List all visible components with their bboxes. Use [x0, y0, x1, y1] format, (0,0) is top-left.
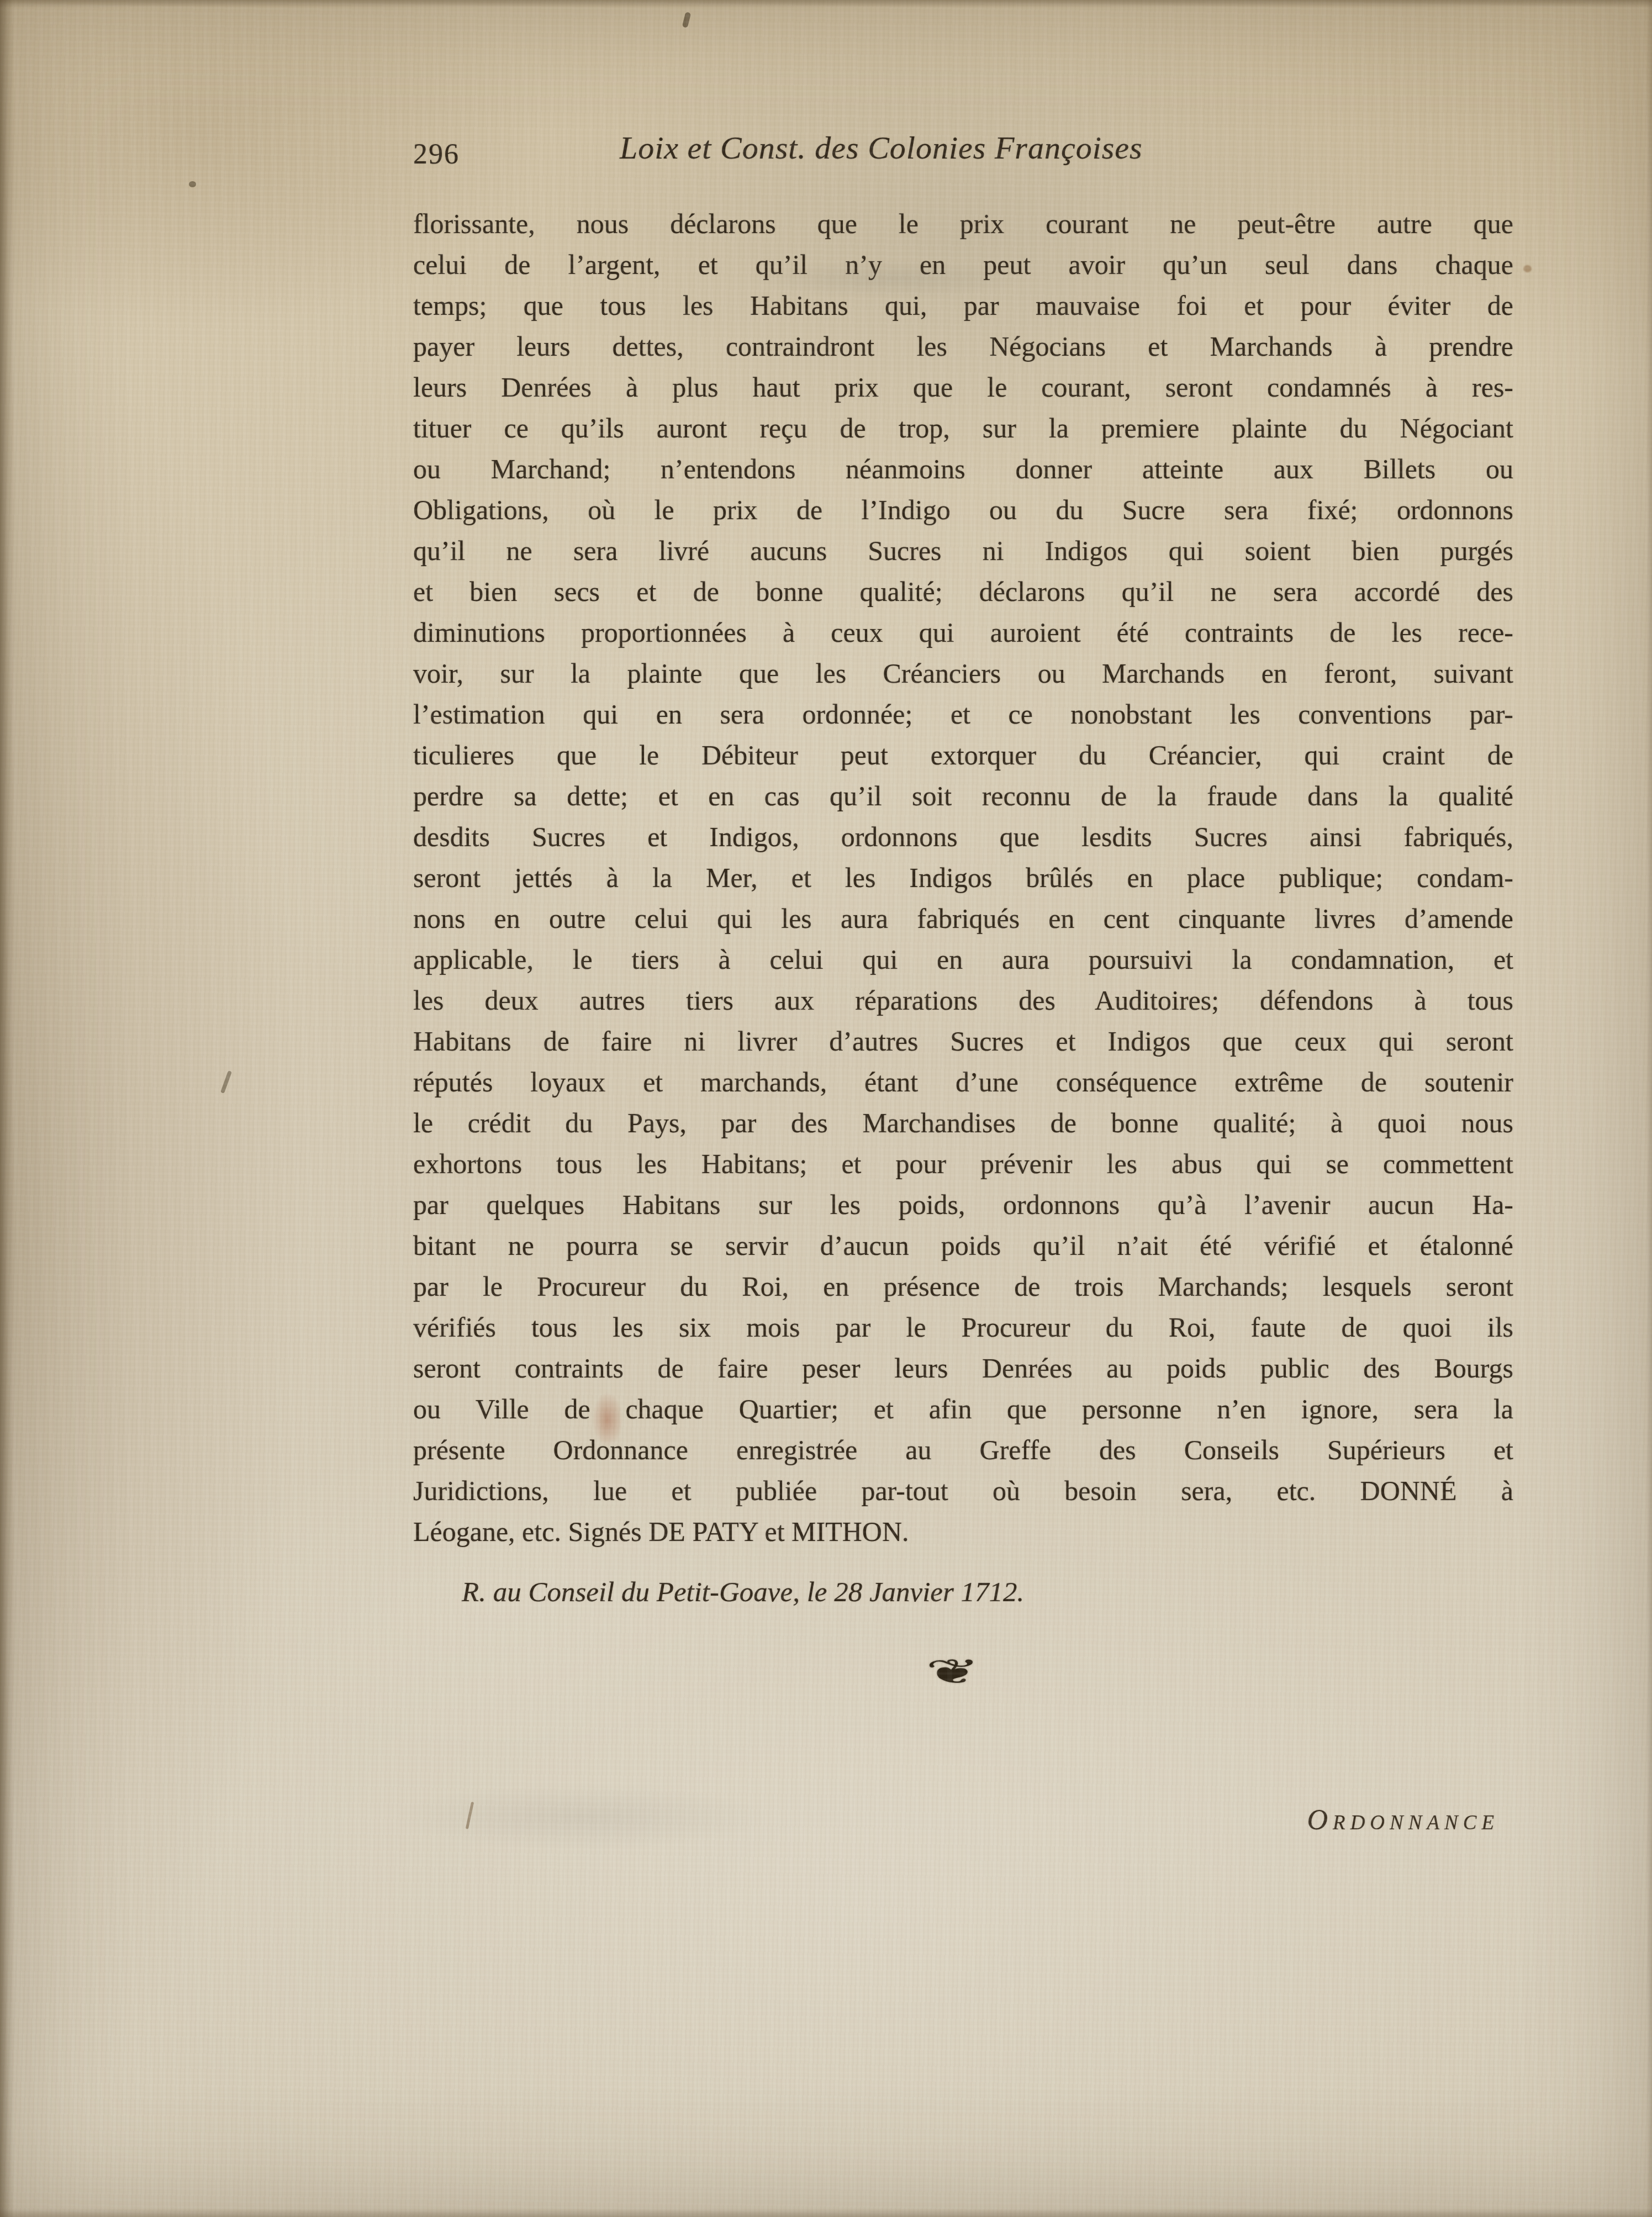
paper-fiber: [466, 1802, 474, 1829]
text-line: seront contraints de faire peser leurs D…: [413, 1348, 1513, 1389]
text-line: payer leurs dettes, contraindront les Né…: [413, 326, 1513, 367]
scanned-book-page: 296 Loix et Const. des Colonies François…: [0, 0, 1652, 2217]
page-number: 296: [413, 138, 460, 171]
text-line: ou Marchand; n’entendons néanmoins donne…: [413, 448, 1513, 489]
text-line: et bien secs et de bonne qualité; déclar…: [413, 571, 1513, 612]
text-line: desdits Sucres et Indigos, ordonnons que…: [413, 816, 1513, 857]
text-line: diminutions proportionnées à ceux qui au…: [413, 612, 1513, 653]
registration-note: R. au Conseil du Petit-Goave, le 28 Janv…: [462, 1572, 1024, 1613]
text-line: florissante, nous déclarons que le prix …: [413, 203, 1513, 244]
text-line: Obligations, où le prix de l’Indigo ou d…: [413, 489, 1513, 530]
running-title: Loix et Const. des Colonies Françoises: [620, 129, 1143, 166]
text-line: par quelques Habitans sur les poids, ord…: [413, 1184, 1513, 1225]
ink-speck: [682, 12, 691, 28]
page-edge-shadow: [0, 0, 14, 2217]
text-line: seront jettés à la Mer, et les Indigos b…: [413, 857, 1513, 898]
text-line: présente Ordonnance enregistrée au Greff…: [413, 1429, 1513, 1470]
text-line: applicable, le tiers à celui qui en aura…: [413, 939, 1513, 980]
text-line: vérifiés tous les six mois par le Procur…: [413, 1307, 1513, 1348]
text-line: Habitans de faire ni livrer d’autres Suc…: [413, 1021, 1513, 1062]
text-line: celui de l’argent, et qu’il n’y en peut …: [413, 244, 1513, 285]
body-text: florissante, nous déclarons que le prix …: [413, 203, 1513, 1552]
text-line: exhortons tous les Habitans; et pour pré…: [413, 1143, 1513, 1184]
text-line: temps; que tous les Habitans qui, par ma…: [413, 285, 1513, 326]
text-line: Léogane, etc. Signés DE PATY et MITHON.: [413, 1511, 1513, 1552]
ink-speck: [189, 181, 196, 187]
text-line: nons en outre celui qui les aura fabriqu…: [413, 898, 1513, 939]
ink-speck: [1523, 265, 1532, 272]
text-line: ticulieres que le Débiteur peut extorque…: [413, 735, 1513, 775]
text-line: réputés loyaux et marchands, étant d’une…: [413, 1062, 1513, 1102]
text-line: le crédit du Pays, par des Marchandises …: [413, 1102, 1513, 1143]
text-line: voir, sur la plainte que les Créanciers …: [413, 653, 1513, 694]
text-line: qu’il ne sera livré aucuns Sucres ni Ind…: [413, 530, 1513, 571]
text-line: par le Procureur du Roi, en présence de …: [413, 1266, 1513, 1307]
paper-smudge: [387, 1784, 773, 1850]
text-line: l’estimation qui en sera ordonnée; et ce…: [413, 694, 1513, 735]
text-line: perdre sa dette; et en cas qu’il soit re…: [413, 775, 1513, 816]
text-line: les deux autres tiers aux réparations de…: [413, 980, 1513, 1021]
catchword: Ordonnance: [1307, 1804, 1499, 1836]
fleuron-ornament-icon: ❦: [780, 1650, 1126, 1695]
page-edge-shadow: [1646, 0, 1652, 2217]
text-line: tituer ce qu’ils auront reçu de trop, su…: [413, 408, 1513, 448]
ink-speck: [220, 1070, 232, 1094]
text-line: Juridictions, lue et publiée par-tout où…: [413, 1470, 1513, 1511]
text-line: ou Ville de chaque Quartier; et afin que…: [413, 1389, 1513, 1429]
text-line: leurs Denrées à plus haut prix que le co…: [413, 367, 1513, 408]
text-line: bitant ne pourra se servir d’aucun poids…: [413, 1225, 1513, 1266]
page-edge-shadow: [0, 2208, 1652, 2217]
page-edge-shadow: [0, 0, 1652, 8]
